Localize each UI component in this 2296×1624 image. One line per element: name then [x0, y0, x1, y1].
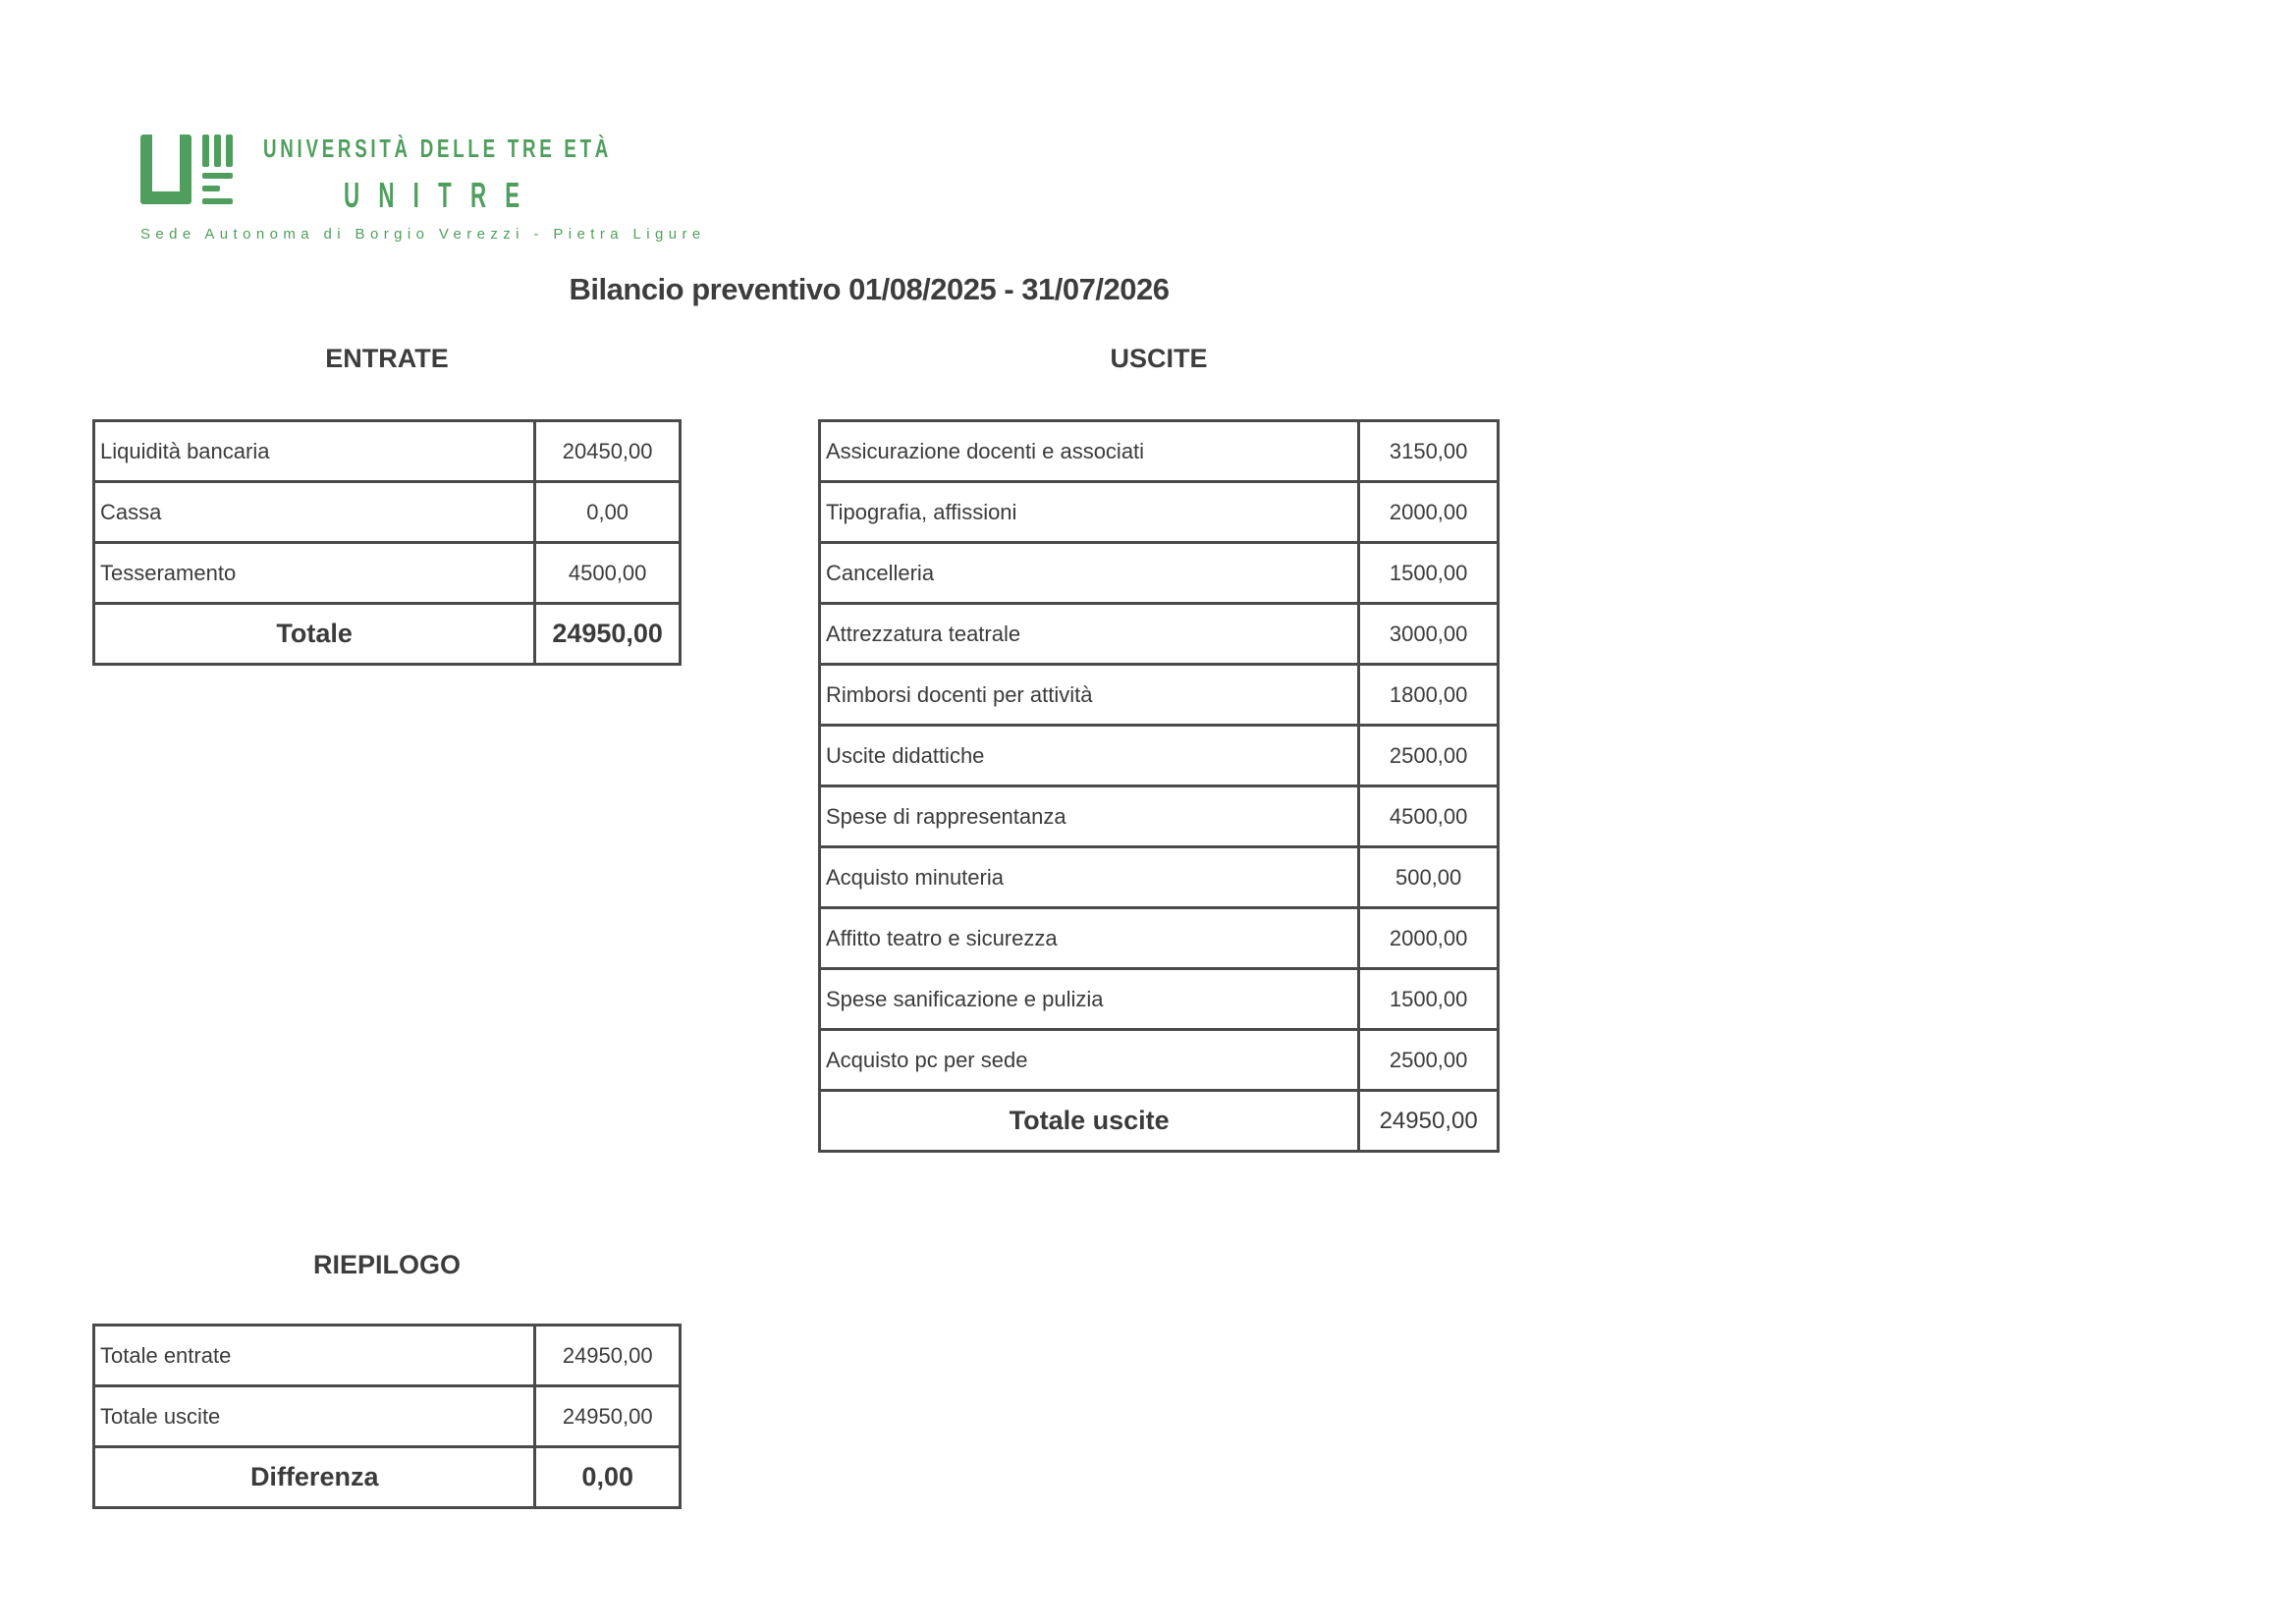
table-row: Rimborsi docenti per attività1800,00 [820, 665, 1499, 726]
total-row: Totale24950,00 [94, 604, 681, 665]
total-value: 0,00 [535, 1447, 681, 1508]
table-row: Totale entrate24950,00 [94, 1326, 681, 1386]
table-row: Attrezzatura teatrale3000,00 [820, 604, 1499, 665]
row-label: Rimborsi docenti per attività [820, 665, 1359, 726]
row-value: 3150,00 [1359, 421, 1499, 482]
riepilogo-table: Totale entrate24950,00Totale uscite24950… [92, 1324, 682, 1509]
row-value: 1800,00 [1359, 665, 1499, 726]
row-value: 24950,00 [535, 1326, 681, 1386]
row-value: 500,00 [1359, 847, 1499, 908]
table-row: Affitto teatro e sicurezza2000,00 [820, 908, 1499, 969]
row-value: 1500,00 [1359, 543, 1499, 604]
row-label: Totale uscite [94, 1386, 535, 1447]
total-label: Totale uscite [820, 1091, 1359, 1152]
row-label: Acquisto minuteria [820, 847, 1359, 908]
row-value: 20450,00 [535, 421, 681, 482]
table-row: Tesseramento4500,00 [94, 543, 681, 604]
table-row: Acquisto pc per sede2500,00 [820, 1030, 1499, 1091]
row-label: Tesseramento [94, 543, 535, 604]
total-value: 24950,00 [1359, 1091, 1499, 1152]
table-row: Liquidità bancaria20450,00 [94, 421, 681, 482]
row-value: 4500,00 [535, 543, 681, 604]
table-row: Cassa0,00 [94, 482, 681, 543]
row-value: 0,00 [535, 482, 681, 543]
logo-bar-icon [202, 173, 233, 179]
row-value: 2000,00 [1359, 908, 1499, 969]
row-label: Acquisto pc per sede [820, 1030, 1359, 1091]
row-value: 3000,00 [1359, 604, 1499, 665]
row-value: 1500,00 [1359, 969, 1499, 1030]
row-value: 24950,00 [535, 1386, 681, 1447]
table-row: Assicurazione docenti e associati3150,00 [820, 421, 1499, 482]
riepilogo-heading: RIEPILOGO [289, 1250, 485, 1280]
total-label: Differenza [94, 1447, 535, 1508]
table-row: Tipografia, affissioni2000,00 [820, 482, 1499, 543]
uscite-table: Assicurazione docenti e associati3150,00… [818, 419, 1500, 1153]
logo-university-name: UNIVERSITÀ DELLE TRE ETÀ [263, 134, 550, 164]
row-value: 2500,00 [1359, 726, 1499, 786]
row-label: Spese di rappresentanza [820, 786, 1359, 847]
entrate-table: Liquidità bancaria20450,00Cassa0,00Tesse… [92, 419, 682, 666]
row-label: Attrezzatura teatrale [820, 604, 1359, 665]
entrate-heading: ENTRATE [289, 344, 485, 374]
table-row: Acquisto minuteria500,00 [820, 847, 1499, 908]
row-label: Tipografia, affissioni [820, 482, 1359, 543]
row-label: Totale entrate [94, 1326, 535, 1386]
table-row: Uscite didattiche2500,00 [820, 726, 1499, 786]
table-row: Cancelleria1500,00 [820, 543, 1499, 604]
total-row: Differenza0,00 [94, 1447, 681, 1508]
logo-bar-icon [226, 135, 233, 167]
row-value: 4500,00 [1359, 786, 1499, 847]
table-row: Totale uscite24950,00 [94, 1386, 681, 1447]
document-title: Bilancio preventivo 01/08/2025 - 31/07/2… [565, 272, 1174, 307]
logo-u-mark-icon [140, 135, 191, 204]
row-label: Cancelleria [820, 543, 1359, 604]
logo-bar-icon [202, 186, 220, 191]
uscite-heading: USCITE [1061, 344, 1257, 374]
total-label: Totale [94, 604, 535, 665]
table-row: Spese sanificazione e pulizia1500,00 [820, 969, 1499, 1030]
row-label: Cassa [94, 482, 535, 543]
logo-bar-icon [214, 135, 221, 167]
total-value: 24950,00 [535, 604, 681, 665]
row-label: Assicurazione docenti e associati [820, 421, 1359, 482]
logo-acronym: UNITRE [344, 175, 538, 216]
table-row: Spese di rappresentanza4500,00 [820, 786, 1499, 847]
logo-bar-icon [202, 198, 233, 204]
row-value: 2500,00 [1359, 1030, 1499, 1091]
row-label: Spese sanificazione e pulizia [820, 969, 1359, 1030]
row-label: Affitto teatro e sicurezza [820, 908, 1359, 969]
logo-bar-icon [202, 135, 209, 167]
row-label: Uscite didattiche [820, 726, 1359, 786]
total-row: Totale uscite24950,00 [820, 1091, 1499, 1152]
row-label: Liquidità bancaria [94, 421, 535, 482]
logo-location: Sede Autonoma di Borgio Verezzi - Pietra… [140, 226, 706, 243]
row-value: 2000,00 [1359, 482, 1499, 543]
